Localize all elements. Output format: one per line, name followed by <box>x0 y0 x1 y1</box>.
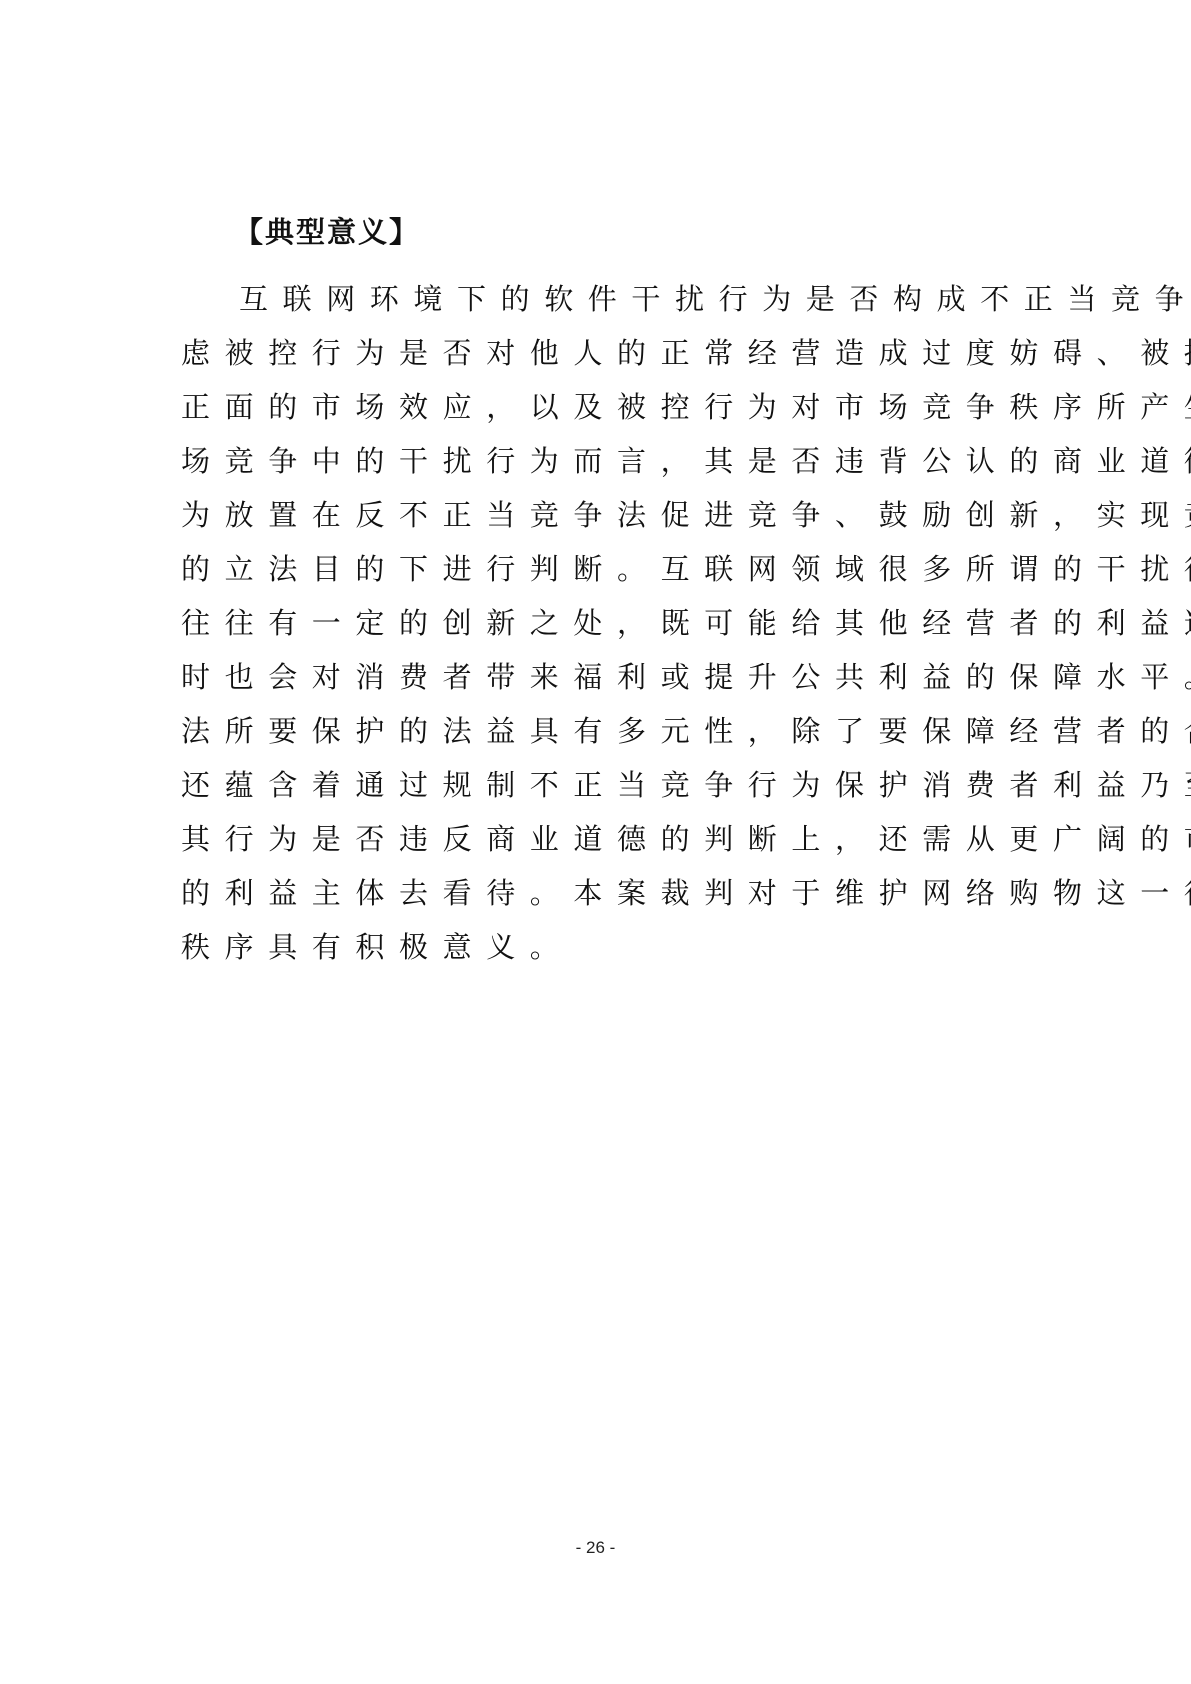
paragraph-line: 正面的市场效应，以及被控行为对市场竞争秩序所产生的影响。就市 <box>181 380 1041 434</box>
section-heading: 【典型意义】 <box>234 212 420 252</box>
paragraph-line: 场竞争中的干扰行为而言，其是否违背公认的商业道德，需要将该行 <box>181 434 1041 488</box>
paragraph-line: 秩序具有积极意义。 <box>181 920 1041 974</box>
paragraph: 互联网环境下的软件干扰行为是否构成不正当竞争，需要综合考 虑被控行为是否对他人的… <box>181 272 1041 974</box>
paragraph-line: 虑被控行为是否对他人的正常经营造成过度妨碍、被控行为是否具有 <box>181 326 1041 380</box>
paragraph-line: 为放置在反不正当竞争法促进竞争、鼓励创新，实现竞争公平与自由 <box>181 488 1041 542</box>
paragraph-line: 还蕴含着通过规制不正当竞争行为保护消费者利益乃至公共利益，在 <box>181 758 1041 812</box>
paragraph-line: 时也会对消费者带来福利或提升公共利益的保障水平。反不正当竞争 <box>181 650 1041 704</box>
paragraph-line: 法所要保护的法益具有多元性，除了要保障经营者的合法权益之外， <box>181 704 1041 758</box>
paragraph-line: 的利益主体去看待。本案裁判对于维护网络购物这一行为的市场竞争 <box>181 866 1041 920</box>
paragraph-line: 的立法目的下进行判断。互联网领域很多所谓的干扰行为，在技术上 <box>181 542 1041 596</box>
page-number: - 26 - <box>0 1538 1191 1558</box>
paragraph-line: 其行为是否违反商业道德的判断上，还需从更广阔的市场环境、更多 <box>181 812 1041 866</box>
document-page: 【典型意义】 互联网环境下的软件干扰行为是否构成不正当竞争，需要综合考 虑被控行… <box>0 0 1191 1684</box>
paragraph-line: 往往有一定的创新之处，既可能给其他经营者的利益造成损害，但同 <box>181 596 1041 650</box>
paragraph-line: 互联网环境下的软件干扰行为是否构成不正当竞争，需要综合考 <box>181 272 1041 326</box>
